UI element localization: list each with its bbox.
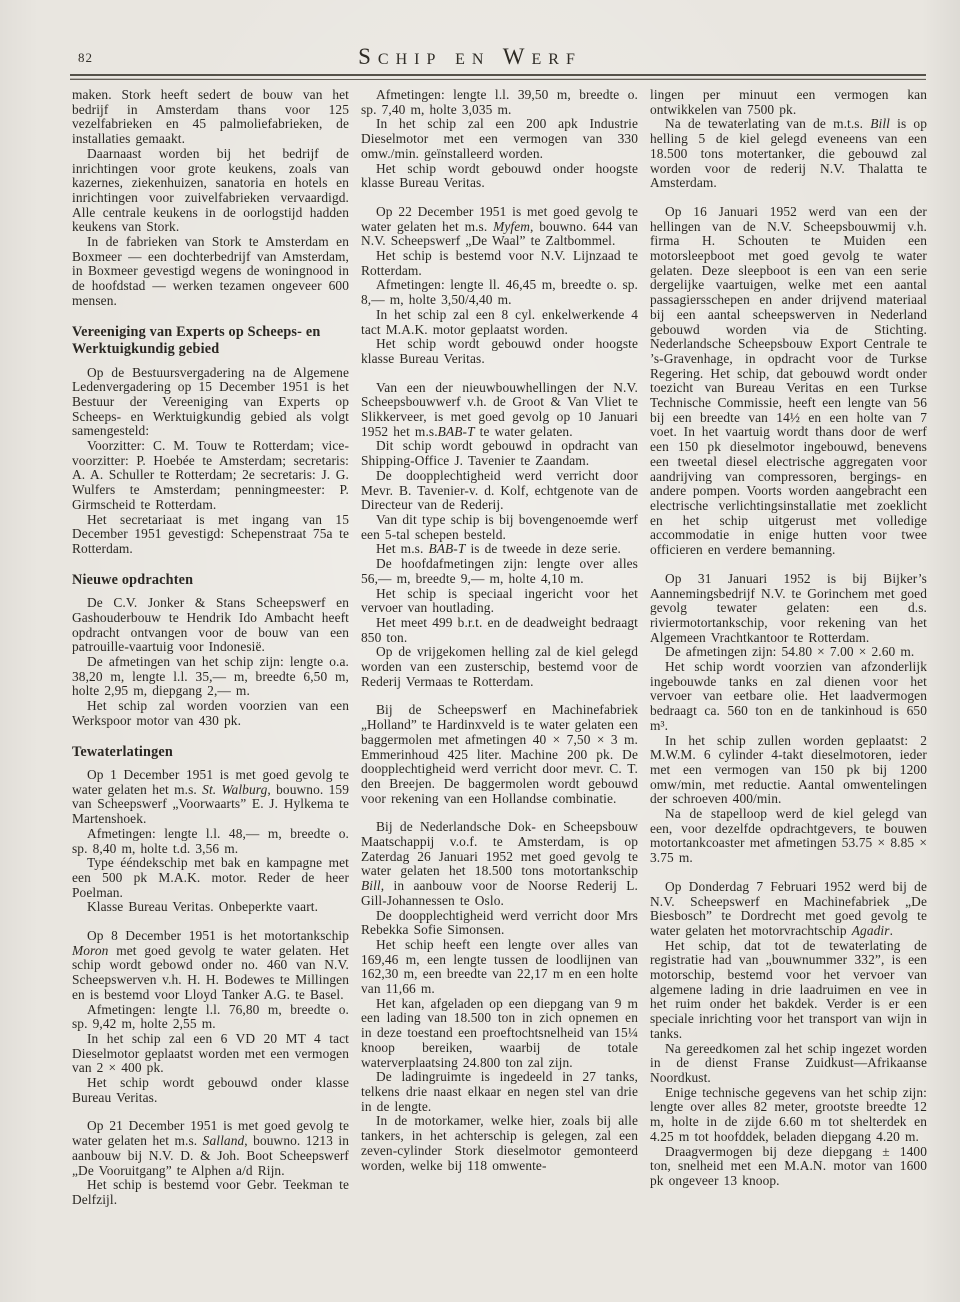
paragraph: Op 31 Januari 1952 is bij Bijker’s Aanne… (650, 572, 927, 646)
paragraph: Daarnaast worden bij het bedrijf de inri… (72, 147, 349, 235)
paragraph: De ladingruimte is ingedeeld in 27 tanks… (361, 1070, 638, 1114)
paragraph: Bij de Nederlandsche Dok- en Scheepsbouw… (361, 820, 638, 908)
text-run: Enige technische gegevens van het schip … (650, 1085, 927, 1144)
text-run: Het kan, afgeladen op een diepgang van 9… (361, 996, 638, 1070)
column-1: maken. Stork heeft sedert de bouw van he… (72, 88, 349, 1208)
text-run: Na de tewaterlating van de m.t.s. (665, 116, 870, 131)
text-run: Afmetingen: lengte l.l. 39,50 m, breedte… (361, 87, 638, 117)
paragraph: Op Donderdag 7 Februari 1952 werd bij de… (650, 880, 927, 939)
paragraph: Het schip wordt gebouwd onder klasse Bur… (72, 1076, 349, 1105)
text-run: Op de Bestuursvergadering na de Algemene… (72, 365, 349, 439)
text-run: Afmetingen: lengte l.l. 48,— m, breedte … (72, 826, 349, 856)
paragraph: De doopplechtigheid werd verricht door M… (361, 469, 638, 513)
paragraph: Het m.s. BAB-T is de tweede in deze seri… (361, 542, 638, 557)
paragraph: maken. Stork heeft sedert de bouw van he… (72, 88, 349, 147)
ship-name: Bill (361, 878, 381, 893)
text-run: te water gelaten. (475, 424, 573, 439)
ship-name: Myfem (493, 219, 530, 234)
text-run: In het schip zullen worden geplaatst: 2 … (650, 733, 927, 807)
paragraph: Dit schip wordt gebouwd in opdracht van … (361, 439, 638, 468)
paragraph: De afmetingen zijn: 54.80 × 7.00 × 2.60 … (650, 645, 927, 660)
paragraph: De hoofdafmetingen zijn: lengte over all… (361, 557, 638, 586)
text-run: Het meet 499 b.r.t. en de deadweight bed… (361, 615, 638, 645)
text-run: De ladingruimte is ingedeeld in 27 tanks… (361, 1069, 638, 1113)
paragraph: Klasse Bureau Veritas. Onbeperkte vaart. (72, 900, 349, 915)
paragraph: Het secretariaat is met ingang van 15 De… (72, 513, 349, 557)
ship-name: Bill (870, 116, 890, 131)
text-run: Klasse Bureau Veritas. Onbeperkte vaart. (87, 899, 318, 914)
text-run: Het schip heeft een lengte over alles va… (361, 937, 638, 996)
section-heading: Tewaterlatingen (72, 744, 349, 762)
text-run: is de tweede in deze serie. (465, 541, 621, 556)
paragraph: Op 21 December 1951 is met goed gevolg t… (72, 1119, 349, 1178)
text-run: In het schip zal een 8 cyl. enkelwerkend… (361, 307, 638, 337)
paragraph: Op 22 December 1951 is met goed gevolg t… (361, 205, 638, 249)
ship-name: BAB-T (438, 424, 475, 439)
paragraph: In het schip zal een 8 cyl. enkelwerkend… (361, 308, 638, 337)
paragraph: Het schip wordt gebouwd onder hoogste kl… (361, 162, 638, 191)
paragraph: Draagvermogen bij deze diepgang ± 1400 t… (650, 1145, 927, 1189)
paragraph: Op de vrijgekomen helling zal de kiel ge… (361, 645, 638, 689)
text-run: lingen per minuut een vermogen kan ontwi… (650, 87, 927, 117)
paragraph: Bij de Scheepswerf en Machinefabriek „Ho… (361, 703, 638, 806)
paragraph: Het kan, afgeladen op een diepgang van 9… (361, 997, 638, 1071)
magazine-page: 82 Schip en Werf maken. Stork heeft sede… (0, 0, 960, 1302)
text-run: Voorzitter: C. M. Touw te Rotterdam; vic… (72, 438, 349, 512)
paragraph: In de fabrieken van Stork te Amsterdam e… (72, 235, 349, 309)
article-columns: maken. Stork heeft sedert de bouw van he… (72, 88, 927, 1208)
section-heading: Vereeniging van Experts op Scheeps- en W… (72, 324, 349, 359)
paragraph: Het schip wordt voorzien van afzonderlij… (650, 660, 927, 734)
paragraph: Het schip, dat tot de tewaterlating de r… (650, 939, 927, 1042)
paragraph: Op 1 December 1951 is met goed gevolg te… (72, 768, 349, 827)
text-run: met goed gevolg te water gelaten. Het sc… (72, 943, 349, 1002)
text-run: Na de stapelloop werd de kiel gelegd van… (650, 806, 927, 865)
text-run: Het schip is bestemd voor Gebr. Teekman … (72, 1177, 349, 1207)
paragraph: Na de tewaterlating van de m.t.s. Bill i… (650, 117, 927, 191)
text-run: , in aanbouw voor de Noorse Rederij L. G… (361, 878, 638, 908)
text-run: Bij de Scheepswerf en Machinefabriek „Ho… (361, 702, 638, 805)
text-run: maken. Stork heeft sedert de bouw van he… (72, 87, 349, 146)
paragraph: De C.V. Jonker & Stans Scheepswerf en Ga… (72, 596, 349, 655)
paragraph: Afmetingen: lengte ll. 46,45 m, breedte … (361, 278, 638, 307)
paragraph: Op 8 December 1951 is het motortankschip… (72, 929, 349, 1003)
text-run: Het schip is bestemd voor N.V. Lijnzaad … (361, 248, 638, 278)
text-run: De afmetingen van het schip zijn: lengte… (72, 654, 349, 698)
text-run: Van dit type schip is bij bovengenoemde … (361, 512, 638, 542)
paragraph: Het schip zal worden voorzien van een We… (72, 699, 349, 728)
paragraph: lingen per minuut een vermogen kan ontwi… (650, 88, 927, 117)
paragraph: Afmetingen: lengte l.l. 76,80 m, breedte… (72, 1003, 349, 1032)
paragraph: Het schip is speciaal ingericht voor het… (361, 587, 638, 616)
paragraph: Enige technische gegevens van het schip … (650, 1086, 927, 1145)
text-run: De doopplechtigheid werd verricht door M… (361, 468, 638, 512)
paragraph: In het schip zal een 6 VD 20 MT 4 tact D… (72, 1032, 349, 1076)
text-run: Het schip zal worden voorzien van een We… (72, 698, 349, 728)
ship-name: St. Walburg (202, 782, 267, 797)
text-run: Het secretariaat is met ingang van 15 De… (72, 512, 349, 556)
paragraph: Op de Bestuursvergadering na de Algemene… (72, 366, 349, 440)
text-run: Op de vrijgekomen helling zal de kiel ge… (361, 644, 638, 688)
text-run: Dit schip wordt gebouwd in opdracht van … (361, 438, 638, 468)
paragraph: In het schip zal een 200 apk Industrie D… (361, 117, 638, 161)
paragraph: Na gereedkomen zal het schip ingezet wor… (650, 1042, 927, 1086)
text-run: Het schip is speciaal ingericht voor het… (361, 586, 638, 616)
text-run: De afmetingen zijn: 54.80 × 7.00 × 2.60 … (665, 644, 914, 659)
paragraph: In de motorkamer, welke hier, zoals bij … (361, 1114, 638, 1173)
paragraph: Het schip wordt gebouwd onder hoogste kl… (361, 337, 638, 366)
section-heading: Nieuwe opdrachten (72, 572, 349, 590)
column-3: lingen per minuut een vermogen kan ontwi… (650, 88, 927, 1208)
header-rule (70, 74, 926, 80)
paragraph: Op 16 Januari 1952 werd van een der hell… (650, 205, 927, 558)
text-run: Het schip wordt gebouwd onder hoogste kl… (361, 336, 638, 366)
text-run: Afmetingen: lengte ll. 46,45 m, breedte … (361, 277, 638, 307)
paragraph: Type ééndekschip met bak en kampagne met… (72, 856, 349, 900)
text-run: Afmetingen: lengte l.l. 76,80 m, breedte… (72, 1002, 349, 1032)
text-run: De hoofdafmetingen zijn: lengte over all… (361, 556, 638, 586)
text-run: In de fabrieken van Stork te Amsterdam e… (72, 234, 349, 308)
text-run: Het schip wordt gebouwd onder klasse Bur… (72, 1075, 349, 1105)
paragraph: Het schip heeft een lengte over alles va… (361, 938, 638, 997)
text-run: Type ééndekschip met bak en kampagne met… (72, 855, 349, 899)
ship-name: Moron (72, 943, 108, 958)
text-run: Op 16 Januari 1952 werd van een der hell… (650, 204, 927, 557)
paragraph: Voorzitter: C. M. Touw te Rotterdam; vic… (72, 439, 349, 513)
text-run: De doopplechtigheid werd verricht door M… (361, 908, 638, 938)
text-run: Het m.s. (376, 541, 428, 556)
text-run: Het schip, dat tot de tewaterlating de r… (650, 938, 927, 1041)
text-run: Daarnaast worden bij het bedrijf de inri… (72, 146, 349, 235)
paragraph: Afmetingen: lengte l.l. 39,50 m, breedte… (361, 88, 638, 117)
text-run: Het schip wordt gebouwd onder hoogste kl… (361, 161, 638, 191)
paragraph: In het schip zullen worden geplaatst: 2 … (650, 734, 927, 808)
column-2: Afmetingen: lengte l.l. 39,50 m, breedte… (361, 88, 638, 1208)
text-run: . (890, 923, 893, 938)
paragraph: Het schip is bestemd voor N.V. Lijnzaad … (361, 249, 638, 278)
paragraph: Afmetingen: lengte l.l. 48,— m, breedte … (72, 827, 349, 856)
paragraph: Het schip is bestemd voor Gebr. Teekman … (72, 1178, 349, 1207)
text-run: Draagvermogen bij deze diepgang ± 1400 t… (650, 1144, 927, 1188)
paragraph: Na de stapelloop werd de kiel gelegd van… (650, 807, 927, 866)
text-run: Op 8 December 1951 is het motortankschip (87, 928, 349, 943)
text-run: In het schip zal een 6 VD 20 MT 4 tact D… (72, 1031, 349, 1075)
ship-name: BAB-T (428, 541, 465, 556)
paragraph: Van dit type schip is bij bovengenoemde … (361, 513, 638, 542)
ship-name: Agadir (852, 923, 890, 938)
paragraph: Het meet 499 b.r.t. en de deadweight bed… (361, 616, 638, 645)
text-run: De C.V. Jonker & Stans Scheepswerf en Ga… (72, 595, 349, 654)
text-run: Het schip wordt voorzien van afzonderlij… (650, 659, 927, 733)
text-run: Op 31 Januari 1952 is bij Bijker’s Aanne… (650, 571, 927, 645)
ship-name: Salland (203, 1133, 245, 1148)
text-run: In de motorkamer, welke hier, zoals bij … (361, 1113, 638, 1172)
text-run: Na gereedkomen zal het schip ingezet wor… (650, 1041, 927, 1085)
text-run: In het schip zal een 200 apk Industrie D… (361, 116, 638, 160)
paragraph: Van een der nieuwbouwhellingen der N.V. … (361, 381, 638, 440)
paragraph: De afmetingen van het schip zijn: lengte… (72, 655, 349, 699)
journal-title: Schip en Werf (0, 44, 940, 70)
text-run: Bij de Nederlandsche Dok- en Scheepsbouw… (361, 819, 638, 878)
paragraph: De doopplechtigheid werd verricht door M… (361, 909, 638, 938)
